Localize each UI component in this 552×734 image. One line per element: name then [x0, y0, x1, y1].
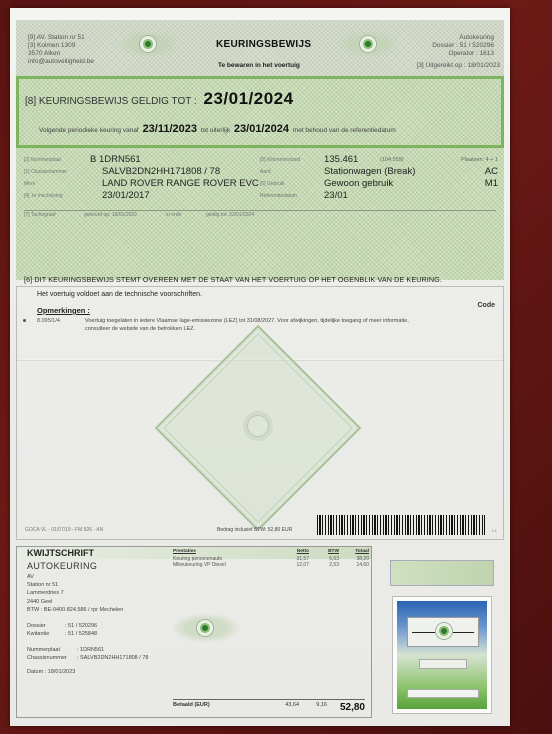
sticker-gradient: [397, 601, 487, 709]
info-line: Autokeuring: [432, 34, 494, 42]
vehicle-data: [2] Nummerplaat B 1DRN561 [1] Chassisnum…: [16, 148, 504, 280]
inspection-certificate: [9] AV. Station nr 51 [3] Kolmen 1309 35…: [10, 8, 510, 726]
service-name: Milieukeuring VP Diesel: [173, 562, 279, 568]
plate-label: Nummerplaat: [27, 647, 77, 655]
valid-until-date: 23/01/2024: [204, 89, 294, 108]
address-line: 3570 Alken: [28, 50, 94, 58]
usage-label: [6] Gebruik: [260, 181, 284, 187]
inspection-sticker: [392, 596, 492, 714]
form-reference: GOCA VL - 01/07/19 - FM 826 - AN: [25, 527, 103, 533]
plate-label: [2] Nummerplaat: [24, 157, 61, 163]
sticker-strip: [390, 560, 494, 586]
service-net: 12,07: [279, 562, 309, 568]
tachograph-checked: gekeurd op: 18/01/2023: [84, 212, 137, 218]
remarks-section: Het voertuig voldoet aan de technische v…: [16, 286, 504, 540]
issued-date: [3] Uitgereikt op : 18/01/2023: [417, 62, 500, 69]
bullet-icon: [23, 319, 26, 322]
dossier-block: Dossier: 51 / 520296 Kwitantie: 51 / 525…: [27, 623, 97, 638]
first-registration-label: [4] 1e inschrijving: [24, 193, 63, 199]
next-to-date: 23/01/2024: [234, 123, 289, 135]
col-vat: BTW: [309, 549, 339, 554]
next-from-date: 23/11/2023: [143, 123, 197, 135]
page-number: 1/1: [491, 528, 497, 533]
next-mid: tot uiterlijk: [201, 127, 230, 134]
sticker-field: [419, 659, 467, 669]
previous-mileage: (104.559): [380, 157, 404, 163]
receipt: KWIJTSCHRIFT AUTOKEURING AV Station nr 5…: [16, 546, 372, 718]
address-line: info@autoveiligheid.be: [28, 58, 94, 66]
eye-logo-icon: [193, 616, 217, 640]
info-line: Operator : 1613: [432, 50, 494, 58]
table-header: Prestaties Netto BTW Totaal: [173, 549, 369, 554]
next-inspection-row: Volgende periodieke keuring vanaf 23/11/…: [39, 123, 396, 135]
vehicle-block: Nummerplaat: 1DRN561 Chassisnummer: SALV…: [27, 647, 148, 662]
sticker-window: [407, 617, 479, 647]
next-prefix: Volgende periodieke keuring vanaf: [39, 127, 139, 134]
next-suffix: met behoud van de referentiedatum: [293, 127, 396, 134]
col-services: Prestaties: [173, 549, 279, 554]
document-title: KEURINGSBEWIJS: [216, 39, 311, 50]
date-block: Datum : 18/01/2023: [27, 669, 75, 677]
service-total: 14,60: [339, 562, 369, 568]
dossier-info: Autokeuring Dossier : 51 / 520296 Operat…: [432, 34, 494, 58]
valid-until-label: [8] KEURINGSBEWIJS GELDIG TOT :: [25, 96, 197, 107]
plate-value: : 1DRN561: [77, 647, 104, 653]
chassis-value: SALVB2DN2HH171808 / 78: [102, 166, 220, 177]
body-type-label: Aard: [260, 169, 271, 175]
paid-vat: 9,16: [299, 702, 327, 713]
tachograph-label: [7] Tachograaf: [24, 212, 56, 218]
remarks-title: Opmerkingen :: [37, 306, 90, 315]
company-address: AV Station nr 51 Lammerdries 7 2440 Geel…: [27, 573, 123, 614]
reference-date-label: Referentiedatum: [260, 193, 297, 199]
body-code: AC: [485, 166, 498, 177]
conformity-statement: [6] DIT KEURINGSBEWIJS STEMT OVEREEN MET…: [24, 275, 442, 284]
usage-value: Gewoon gebruik: [324, 178, 393, 189]
station-address: [9] AV. Station nr 51 [3] Kolmen 1309 35…: [28, 34, 94, 66]
address-line: [9] AV. Station nr 51: [28, 34, 94, 42]
divider: [24, 210, 496, 211]
keep-in-vehicle-note: Te bewaren in het voertuig: [218, 62, 300, 69]
eye-logo-icon: [356, 32, 380, 56]
dossier-label: Dossier: [27, 623, 65, 631]
services-table: Prestaties Netto BTW Totaal Keuring pers…: [173, 549, 369, 568]
date-label: Datum: [27, 669, 43, 675]
chassis-label: Chassisnummer: [27, 655, 77, 663]
chassis-label: [1] Chassisnummer: [24, 169, 67, 175]
valid-until-row: [8] KEURINGSBEWIJS GELDIG TOT : 23/01/20…: [25, 89, 294, 109]
eye-logo-icon: [136, 32, 160, 56]
address-line: 2440 Geel: [27, 598, 123, 606]
mileage-label: [5] Kilometerstand: [260, 157, 300, 163]
amount-incl-vat: Bedrag inclusief BTW: 52,80 EUR: [217, 527, 292, 533]
paid-net: 43,64: [269, 702, 299, 713]
address-line: [3] Kolmen 1309: [28, 42, 94, 50]
info-line: Dossier : 51 / 520296: [432, 42, 494, 50]
chassis-value: : SALVB2DN2HH171808 / 78: [77, 655, 148, 661]
first-registration-value: 23/01/2017: [102, 190, 150, 201]
receipt-number-label: Kwitantie: [27, 631, 65, 639]
col-total: Totaal: [339, 549, 369, 554]
remark-code: 8.095/1/4: [37, 318, 60, 324]
make-value: LAND ROVER RANGE ROVER EVC: [102, 178, 259, 189]
seats-label: Plaatsen: 4 + 1: [461, 157, 498, 163]
plate-value: B 1DRN561: [90, 154, 141, 165]
eye-logo-icon: [434, 621, 454, 641]
tachograph-status: in orde: [166, 212, 181, 218]
watermark-eye-icon: [247, 415, 269, 437]
date-value: : 18/01/2023: [45, 669, 76, 675]
barcode: [317, 515, 485, 535]
receipt-number-value: : 51 / 525848: [65, 631, 97, 637]
conformity-text: Het voertuig voldoet aan de technische v…: [37, 291, 202, 298]
validity-box: [8] KEURINGSBEWIJS GELDIG TOT : 23/01/20…: [16, 76, 504, 148]
company-name: AUTOKEURING: [27, 561, 97, 571]
paid-total-row: Betaald (EUR) 43,64 9,16 52,80: [173, 699, 365, 713]
category-code: M1: [485, 178, 498, 189]
make-label: Merk: [24, 181, 35, 187]
receipt-logo: [171, 607, 241, 647]
service-vat: 2,53: [309, 562, 339, 568]
vat-number: BTW : BE-0400.824.586 / rpr Mechelen: [27, 606, 123, 614]
address-line: Station nr 51: [27, 581, 123, 589]
table-row: Milieukeuring VP Diesel 12,07 2,53 14,60: [173, 562, 369, 568]
address-line: Lammerdries 7: [27, 589, 123, 597]
reference-date-value: 23/01: [324, 190, 348, 201]
sticker-field: [407, 689, 479, 698]
code-header: Code: [478, 302, 496, 309]
dossier-value: : 51 / 520296: [65, 623, 97, 629]
paid-total: 52,80: [327, 702, 365, 713]
mileage-value: 135.461: [324, 154, 358, 165]
body-type-value: Stationwagen (Break): [324, 166, 415, 177]
tachograph-valid: geldig tot: 23/01/2024: [206, 212, 254, 218]
address-line: AV: [27, 573, 123, 581]
paid-label: Betaald (EUR): [173, 702, 269, 713]
receipt-title: KWIJTSCHRIFT: [27, 548, 94, 558]
col-net: Netto: [279, 549, 309, 554]
